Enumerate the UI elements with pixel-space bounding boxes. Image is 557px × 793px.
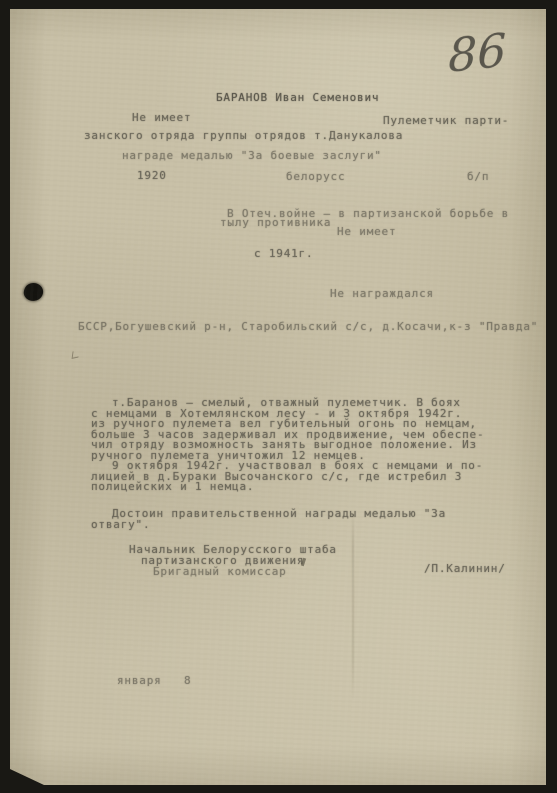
field-position-line2: занского отряда группы отрядов т.Данукал… bbox=[84, 130, 403, 141]
field-birth-year: 1920 bbox=[137, 170, 167, 181]
date-month: января bbox=[117, 675, 162, 686]
handwritten-page-number: 86 bbox=[448, 27, 506, 79]
date-day: 8 bbox=[184, 675, 191, 686]
paper-sheet: 86 БАРАНОВ Иван Семенович Не имеет Пулем… bbox=[10, 9, 546, 785]
field-nationality: белорусс bbox=[286, 171, 345, 182]
field-service-line2: тылу противника bbox=[220, 217, 331, 228]
field-rank: Не имеет bbox=[132, 112, 191, 123]
field-position-line1: Пулеметчик парти- bbox=[383, 115, 509, 126]
ink-speck bbox=[301, 558, 306, 567]
citation-paragraph-1: т.Баранов — смелый, отважный пулеметчик.… bbox=[91, 398, 484, 461]
field-wounds: Не имеет bbox=[337, 226, 396, 237]
field-in-service-since: с 1941г. bbox=[254, 248, 313, 259]
citation-paragraph-2: 9 октября 1942г. участвовал в боях с нем… bbox=[91, 461, 483, 493]
document-title-name: БАРАНОВ Иван Семенович bbox=[216, 92, 379, 103]
citation2-line: полицейских и 1 немца. bbox=[91, 482, 483, 493]
field-home-address: БССР,Богушевский р-н, Старобильский с/с,… bbox=[78, 321, 538, 332]
paper-fold-crease bbox=[352, 510, 354, 700]
pencil-tick-mark bbox=[72, 350, 80, 359]
hole-punch-mark bbox=[22, 281, 45, 303]
signature-title-line3: Бригадный комиссар bbox=[153, 566, 287, 577]
conclusion-paragraph: Достоин правительственной награды медаль… bbox=[91, 509, 446, 530]
conclusion-line: отвагу". bbox=[91, 520, 446, 531]
signature-name: /П.Калинин/ bbox=[424, 563, 506, 574]
scanned-document-page: 86 БАРАНОВ Иван Семенович Не имеет Пулем… bbox=[0, 0, 557, 793]
field-party-status: б/п bbox=[467, 171, 489, 182]
field-presented-award: награде медалью "За боевые заслуги" bbox=[122, 150, 382, 161]
field-prior-awards: Не награждался bbox=[330, 288, 434, 299]
